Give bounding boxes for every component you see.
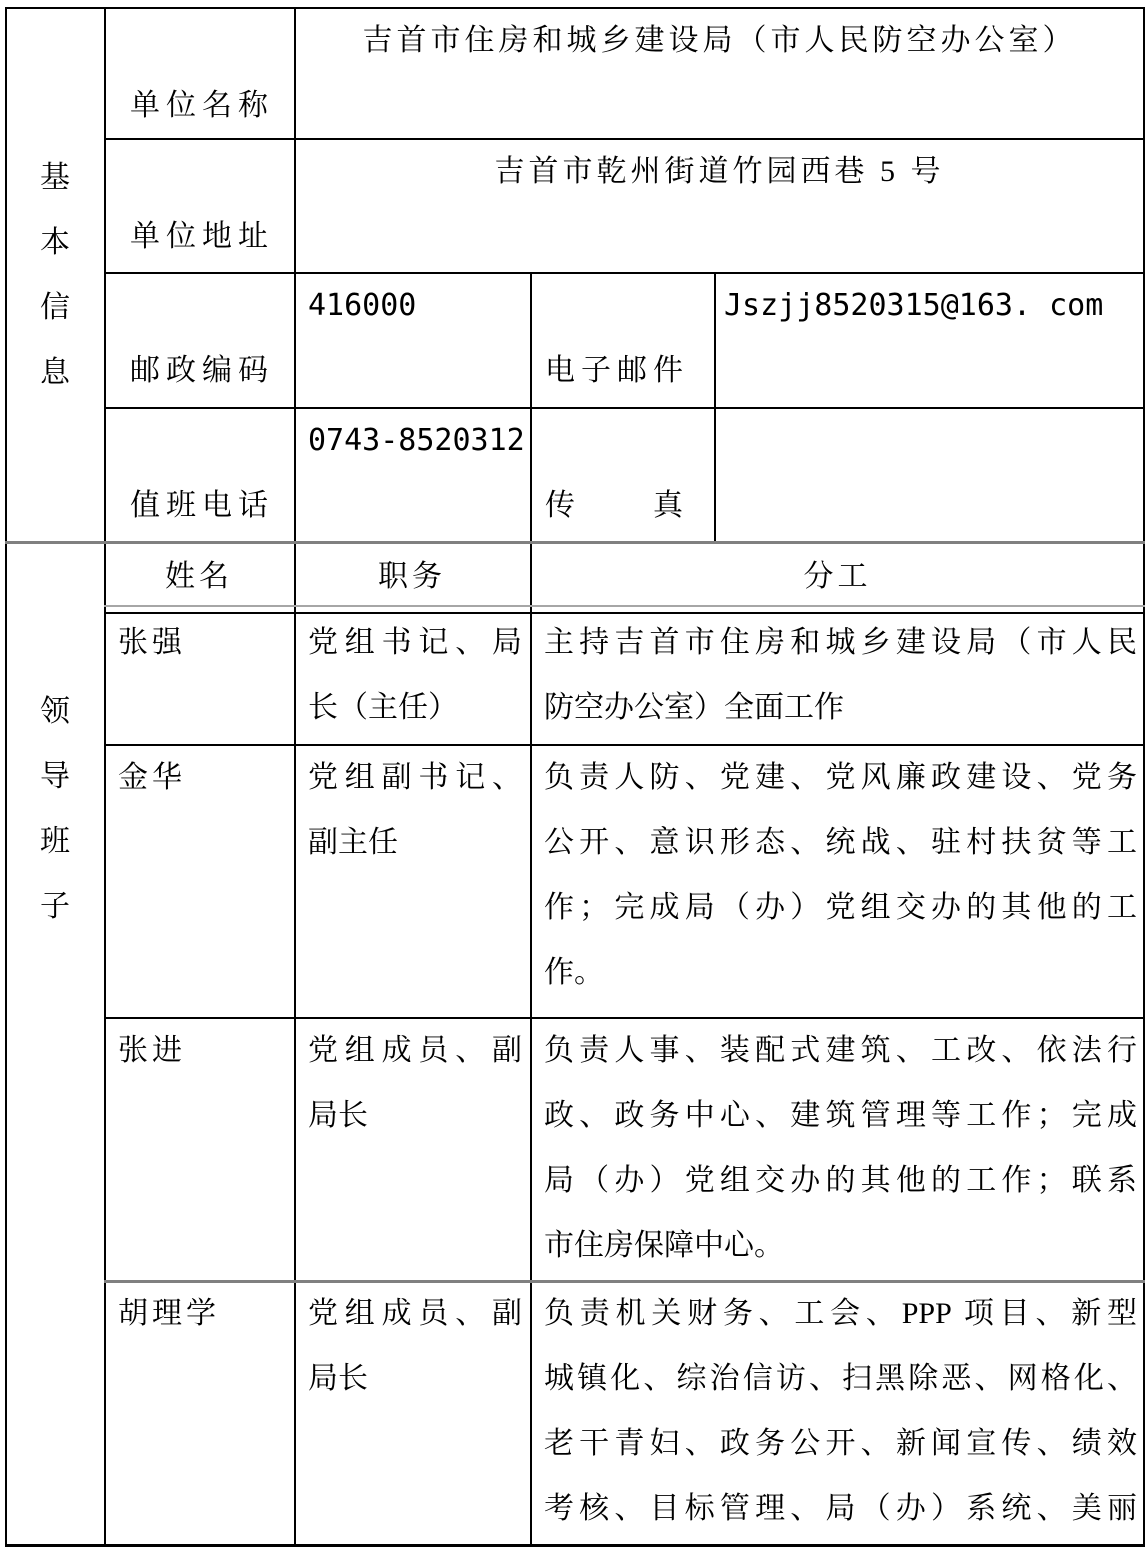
member-position: 党组成员、副局长 [294,1018,530,1280]
member-name: 金华 [104,745,294,1017]
leadership-header-duties: 分工 [530,542,1145,610]
duty-phone-value: 0743-8520312 [294,408,530,541]
table-row-line [104,272,1145,274]
section-divider-line [5,541,1145,544]
email-label: 电子邮件 [530,273,714,407]
email-value: Jszjj8520315@163. com [714,273,1145,407]
table-column-line [294,8,296,1546]
postal-code-value: 416000 [294,273,530,407]
table-column-line [104,8,106,1546]
basic-info-section-label: 基本信息 [6,8,104,541]
unit-address-label: 单位地址 [104,139,294,272]
document-page: 基本信息 领导班子 单位名称 吉首市住房和城乡建设局（市人民防空办公室） 单位地… [0,0,1147,1554]
member-duties: 主持吉首市住房和城乡建设局（市人民防空办公室）全面工作 [530,610,1145,744]
member-name: 张进 [104,1018,294,1280]
table-outer-left-border [5,7,7,1547]
section-divider-line [104,1280,1145,1283]
member-position: 党组书记、局长（主任） [294,610,530,744]
member-name: 胡理学 [104,1281,294,1545]
table-row-line [104,138,1145,140]
member-duties: 负责人防、党建、党风廉政建设、党务公开、意识形态、统战、驻村扶贫等工作；完成局（… [530,745,1145,1017]
table-outer-top-border [5,7,1145,9]
member-name: 张强 [104,610,294,744]
table-row-line [104,1017,1145,1019]
unit-address-value: 吉首市乾州街道竹园西巷 5 号 [294,139,1145,272]
unit-name-value: 吉首市住房和城乡建设局（市人民防空办公室） [294,8,1145,138]
postal-code-label: 邮政编码 [104,273,294,407]
member-position: 党组副书记、副主任 [294,745,530,1017]
leadership-section-label: 领导班子 [6,542,104,1546]
table-row-line [104,407,1145,409]
table-outer-right-border [1143,7,1145,1547]
table-row-line [104,744,1145,746]
fax-label: 传 真 [530,408,714,541]
duty-phone-label: 值班电话 [104,408,294,541]
table-row-line [104,612,1145,614]
member-duties: 负责机关财务、工会、PPP 项目、新型城镇化、综治信访、扫黑除恶、网格化、老干青… [530,1281,1145,1545]
member-duties: 负责人事、装配式建筑、工改、依法行政、政务中心、建筑管理等工作；完成局（办）党组… [530,1018,1145,1280]
leadership-header-position: 职务 [294,542,530,610]
member-position: 党组成员、副局长 [294,1281,530,1545]
table-outer-bottom-border [5,1544,1145,1547]
leadership-header-name: 姓名 [104,542,294,610]
table-column-line [530,273,532,1546]
page-break-line [104,605,1145,607]
unit-name-label: 单位名称 [104,8,294,138]
fax-value [714,408,1145,541]
